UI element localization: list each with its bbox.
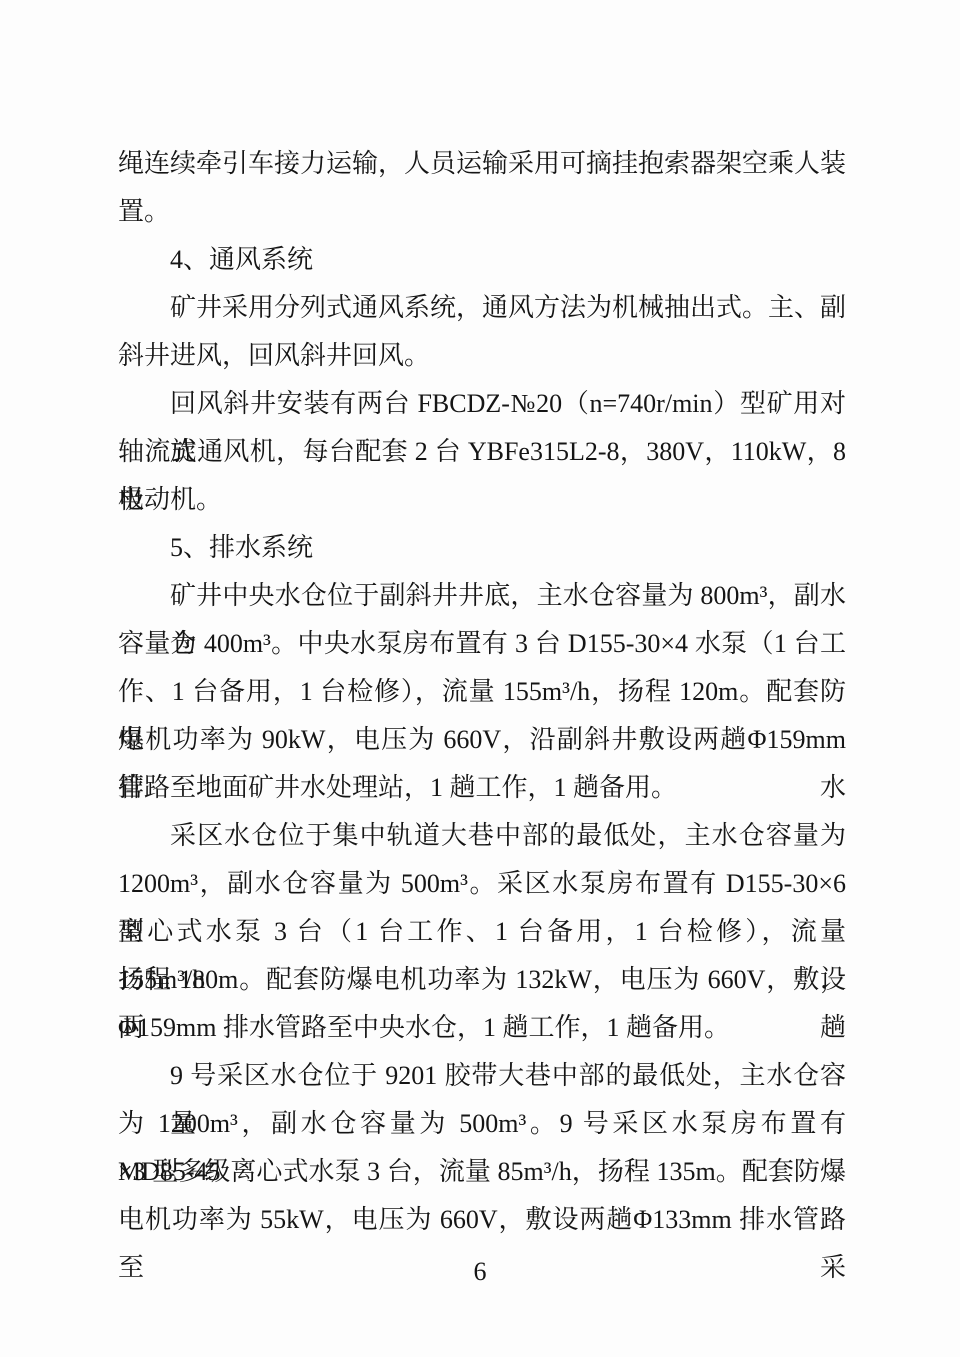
text-line: 采区水仓位于集中轨道大巷中部的最低处，主水仓容量为	[118, 812, 846, 860]
section-heading: 5、排水系统	[118, 524, 846, 572]
scanned-document-page: 绳连续牵引车接力运输，人员运输采用可摘挂抱索器架空乘人装置。4、通风系统矿井采用…	[0, 0, 960, 1357]
text-line: 矿井采用分列式通风系统，通风方法为机械抽出式。主、副	[118, 284, 846, 332]
text-line: 为 1200m³，副水仓容量为 500m³。9 号采区水泵房布置有 MD85-4…	[118, 1100, 846, 1148]
text-line: ×3 型多级离心式水泵 3 台，流量 85m³/h，扬程 135m。配套防爆	[118, 1148, 846, 1196]
text-line: 电机功率为 90kW，电压为 660V，沿副斜井敷设两趟Φ159mm 排水	[118, 716, 846, 764]
text-line: 容量为 400m³。中央水泵房布置有 3 台 D155-30×4 水泵（1 台工	[118, 620, 846, 668]
text-line: 电机功率为 55kW，电压为 660V，敷设两趟Φ133mm 排水管路至采	[118, 1196, 846, 1244]
text-lines: 绳连续牵引车接力运输，人员运输采用可摘挂抱索器架空乘人装置。4、通风系统矿井采用…	[118, 140, 846, 1244]
text-line: 作、1 台备用，1 台检修），流量 155m³/h，扬程 120m。配套防爆	[118, 668, 846, 716]
text-line: 绳连续牵引车接力运输，人员运输采用可摘挂抱索器架空乘人装	[118, 140, 846, 188]
text-line: 电动机。	[118, 476, 846, 524]
text-line: 置。	[118, 188, 846, 236]
text-line: 1200m³，副水仓容量为 500m³。采区水泵房布置有 D155-30×6 型	[118, 860, 846, 908]
text-line: 9 号采区水仓位于 9201 胶带大巷中部的最低处，主水仓容量	[118, 1052, 846, 1100]
text-line: 矿井中央水仓位于副斜井井底，主水仓容量为 800m³，副水仓	[118, 572, 846, 620]
text-line: 离心式水泵 3 台（1 台工作、1 台备用，1 台检修），流量 155m³/h，	[118, 908, 846, 956]
text-line: 扬程 180m。配套防爆电机功率为 132kW，电压为 660V，敷设两趟	[118, 956, 846, 1004]
text-line: 回风斜井安装有两台 FBCDZ-№20（n=740r/min）型矿用对旋	[118, 380, 846, 428]
page-number: 6	[0, 1248, 960, 1296]
section-heading: 4、通风系统	[118, 236, 846, 284]
text-line: 斜井进风，回风斜井回风。	[118, 332, 846, 380]
text-line: 轴流式通风机，每台配套 2 台 YBFe315L2-8，380V，110kW，8…	[118, 428, 846, 476]
